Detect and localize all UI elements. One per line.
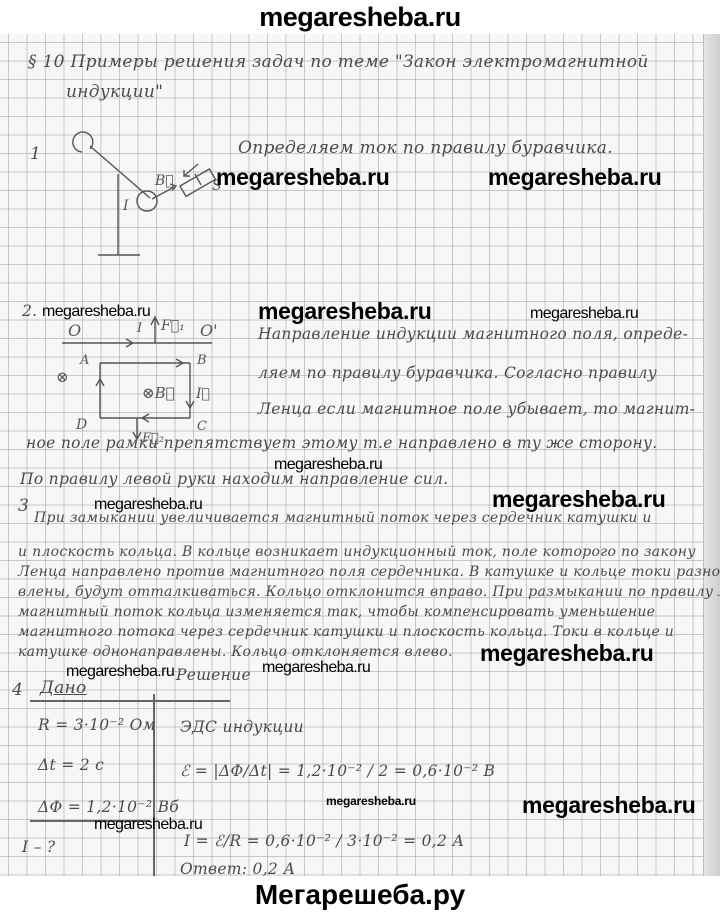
corner-c-label: C bbox=[197, 419, 207, 434]
watermark: megaresheba.ru bbox=[262, 659, 370, 677]
current-right-label: I⃗ bbox=[195, 386, 210, 402]
task3-line-4: влены, будут отталкиваться. Кольцо откло… bbox=[18, 584, 720, 600]
bottom-watermark-banner: Мегарешеба.ру bbox=[0, 876, 720, 915]
notebook-page: § 10 Примеры решения задач по теме "Зако… bbox=[0, 34, 720, 876]
given-time: Δt = 2 с bbox=[38, 756, 104, 774]
watermark: megaresheba.ru bbox=[216, 164, 390, 191]
current-formula: I = ℰ/R = 0,6·10⁻² / 3·10⁻² = 0,2 А bbox=[184, 832, 464, 850]
task3-line-5: магнитный поток кольца изменяется так, ч… bbox=[18, 604, 655, 620]
emf-label: ЭДС индукции bbox=[180, 718, 304, 736]
task3-line-6: магнитного потока через сердечник катушк… bbox=[18, 624, 674, 640]
emf-formula: ℰ = |ΔΦ/Δt| = 1,2·10⁻² / 2 = 0,6·10⁻² В bbox=[180, 762, 495, 780]
watermark: megaresheba.ru bbox=[480, 640, 654, 667]
find-current: I – ? bbox=[22, 838, 56, 856]
cross-left-label: ⊗ bbox=[56, 368, 69, 386]
task4-number: 4 bbox=[12, 680, 23, 700]
watermark: megaresheba.ru bbox=[94, 816, 202, 834]
watermark: megaresheba.ru bbox=[94, 496, 202, 514]
watermark: megaresheba.ru bbox=[274, 456, 382, 474]
corner-d-label: D bbox=[75, 417, 87, 433]
corner-b-label: B bbox=[196, 353, 207, 368]
axis-left-label: O bbox=[68, 321, 81, 340]
solution-title: Решение bbox=[176, 666, 251, 684]
task2-line-1: Направление индукции магнитного поля, оп… bbox=[258, 325, 688, 343]
task2-line-2: ляем по правилу буравчика. Согласно прав… bbox=[258, 364, 657, 382]
given-title: Дано bbox=[40, 678, 87, 698]
top-watermark-banner: megaresheba.ru bbox=[0, 0, 720, 34]
task2-line-3: Ленца если магнитное поле убывает, то ма… bbox=[258, 400, 695, 418]
task3-line-3: Ленца направлено против магнитного поля … bbox=[18, 564, 720, 580]
task3-line-2: и плоскость кольца. В кольце возникает и… bbox=[18, 544, 696, 560]
field-label: ⊗B⃗ bbox=[142, 384, 175, 402]
watermark: megaresheba.ru bbox=[326, 794, 416, 808]
task2-line-4: ное поле рамки препятствует этому т.е на… bbox=[26, 434, 658, 452]
task3-number: 3 bbox=[18, 496, 29, 516]
given-resistance: R = 3·10⁻² Ом bbox=[38, 716, 156, 734]
task3-line-7: катушке однонаправлены. Кольцо отклоняет… bbox=[18, 644, 453, 660]
watermark: megaresheba.ru bbox=[522, 792, 696, 819]
answer: Ответ: 0,2 А bbox=[180, 860, 295, 876]
axis-right-label: O' bbox=[200, 321, 218, 340]
corner-a-label: A bbox=[79, 353, 89, 368]
current-top-label: I bbox=[136, 321, 143, 336]
watermark: megaresheba.ru bbox=[66, 663, 174, 681]
watermark: megaresheba.ru bbox=[258, 298, 432, 325]
watermark: megaresheba.ru bbox=[492, 486, 666, 513]
force-top-label: F⃗₁ bbox=[160, 318, 185, 334]
given-underline bbox=[30, 700, 230, 702]
watermark: megaresheba.ru bbox=[42, 303, 150, 321]
task2-diagram: O O' I F⃗₁ A B C D ⊗B⃗ ⊗ I⃗ F⃗₂ bbox=[0, 34, 720, 876]
given-flux: ΔΦ = 1,2·10⁻² Вб bbox=[38, 798, 179, 816]
watermark: megaresheba.ru bbox=[488, 164, 662, 191]
watermark: megaresheba.ru bbox=[530, 305, 638, 323]
task2-line-5: По правилу левой руки находим направлени… bbox=[20, 470, 448, 488]
